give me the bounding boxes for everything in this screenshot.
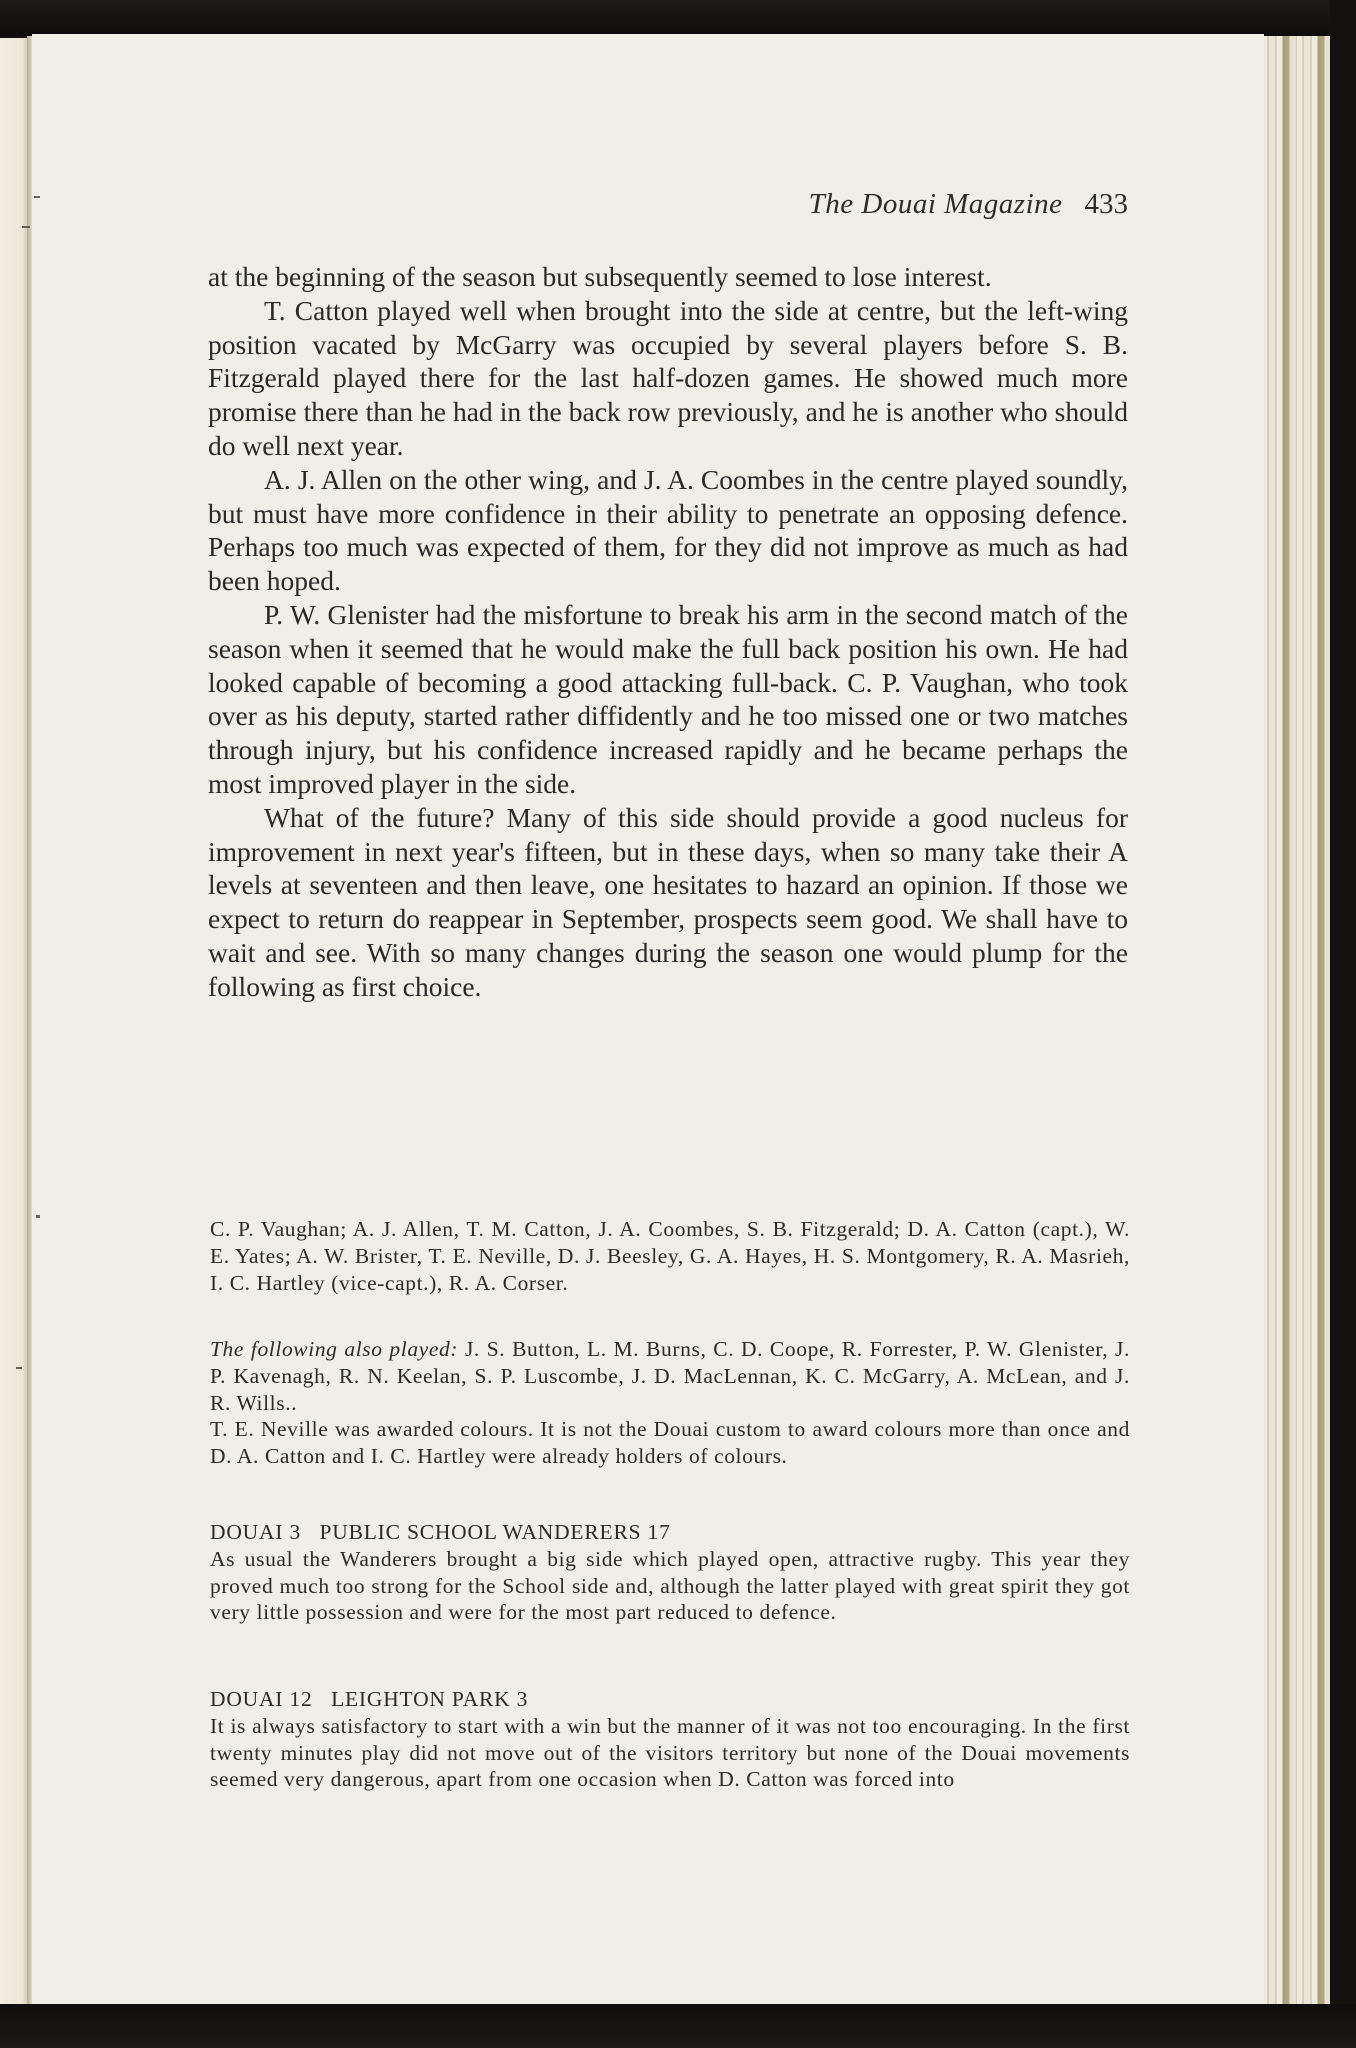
page-stack-edges bbox=[1262, 36, 1330, 2004]
also-played-text: The following also played: J. S. Button,… bbox=[210, 1336, 1130, 1416]
match-heading: DOUAI 12 LEIGHTON PARK 3 bbox=[210, 1686, 1130, 1713]
book-cover-bottom-edge bbox=[0, 2004, 1356, 2048]
margin-mark bbox=[16, 1367, 22, 1369]
margin-mark bbox=[22, 226, 30, 228]
also-played-lead: The following also played: bbox=[210, 1337, 458, 1361]
paragraph: What of the future? Many of this side sh… bbox=[208, 801, 1128, 1004]
book-cover-top-edge bbox=[0, 0, 1356, 36]
match-heading: DOUAI 3 PUBLIC SCHOOL WANDERERS 17 bbox=[210, 1519, 1130, 1546]
facing-page-edge bbox=[0, 38, 28, 2004]
page-number: 433 bbox=[1085, 188, 1129, 220]
match-report-text: It is always satisfactory to start with … bbox=[210, 1713, 1130, 1793]
team-list: C. P. Vaughan; A. J. Allen, T. M. Catton… bbox=[210, 1216, 1130, 1296]
book-cover-right-edge bbox=[1330, 0, 1356, 2048]
match-report: DOUAI 3 PUBLIC SCHOOL WANDERERS 17 As us… bbox=[210, 1519, 1130, 1626]
article-body: at the beginning of the season but subse… bbox=[208, 260, 1128, 1004]
match-report: DOUAI 12 LEIGHTON PARK 3 It is always sa… bbox=[210, 1686, 1130, 1793]
margin-mark bbox=[34, 196, 40, 198]
paragraph: T. Catton played well when brought into … bbox=[208, 294, 1128, 463]
paragraph: P. W. Glenister had the misfortune to br… bbox=[208, 598, 1128, 801]
paragraph: A. J. Allen on the other wing, and J. A.… bbox=[208, 463, 1128, 598]
colours-note: T. E. Neville was awarded colours. It is… bbox=[210, 1416, 1130, 1470]
match-report-text: As usual the Wanderers brought a big sid… bbox=[210, 1546, 1130, 1626]
running-head: The Douai Magazine433 bbox=[208, 186, 1128, 222]
magazine-title: The Douai Magazine bbox=[809, 188, 1063, 220]
margin-mark bbox=[36, 1215, 40, 1218]
team-list-text: C. P. Vaughan; A. J. Allen, T. M. Catton… bbox=[210, 1216, 1130, 1296]
also-played-section: The following also played: J. S. Button,… bbox=[210, 1336, 1130, 1470]
paragraph: at the beginning of the season but subse… bbox=[208, 260, 1128, 294]
